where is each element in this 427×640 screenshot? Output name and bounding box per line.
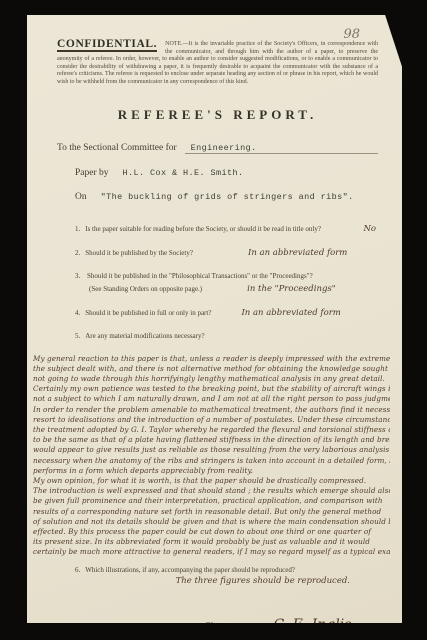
handwritten-line: My general reaction to this paper is tha… bbox=[33, 354, 390, 364]
committee-fill-line: Engineering. bbox=[185, 143, 378, 154]
question-3-number: 3. bbox=[75, 272, 80, 280]
question-2-number: 2. bbox=[75, 249, 80, 257]
question-3-text: Should it be published in the "Philosoph… bbox=[87, 272, 313, 280]
question-4-number: 4. bbox=[75, 309, 80, 317]
paper-details: To the Sectional Committee for Engineeri… bbox=[57, 143, 378, 202]
handwritten-line: The introduction is well expressed and t… bbox=[33, 486, 390, 496]
signature-line: C. E. Inglis bbox=[248, 616, 370, 633]
handwritten-line: certainly be much more attractive to gen… bbox=[33, 547, 390, 557]
referee-report-page: 98 CONFIDENTIAL. NOTE.—It is the invaria… bbox=[27, 15, 402, 623]
question-3-line1: 3. Should it be published in the "Philos… bbox=[75, 272, 378, 280]
question-3-subtext: (See Standing Orders on opposite page.) bbox=[89, 285, 202, 293]
handwritten-line: performs in a form which departs appreci… bbox=[33, 466, 390, 476]
question-6-number: 6. bbox=[75, 566, 80, 574]
question-4-answer: In an abbreviated form bbox=[241, 308, 340, 318]
handwritten-line: the subject dealt with, and there is not… bbox=[33, 364, 390, 374]
handwritten-line: the treatment adopted by G. I. Taylor wh… bbox=[33, 425, 390, 435]
committee-row: To the Sectional Committee for Engineeri… bbox=[57, 143, 378, 154]
page-title: REFEREE'S REPORT. bbox=[57, 107, 378, 123]
question-1-text: Is the paper suitable for reading before… bbox=[85, 225, 321, 233]
handwritten-line: not a subject to which I am naturally dr… bbox=[33, 394, 390, 404]
question-5-text: Are any material modifications necessary… bbox=[85, 332, 204, 340]
question-2: 2. Should it be published by the Society… bbox=[75, 248, 378, 258]
handwritten-line: to be the same as that of a plate having… bbox=[33, 435, 390, 445]
question-6-answer: The three figures should be reproduced. bbox=[57, 576, 350, 586]
question-4-text: Should it be published in full or only i… bbox=[85, 309, 211, 317]
paper-by-label: Paper by bbox=[75, 168, 109, 178]
handwritten-line: not going to wade through this horrifyin… bbox=[33, 374, 390, 384]
handwritten-line: Certainly my own patience was tested to … bbox=[33, 384, 390, 394]
handwritten-line: My own opinion, for what it is worth, is… bbox=[33, 476, 390, 486]
question-3-line2: (See Standing Orders on opposite page.) … bbox=[75, 284, 378, 294]
question-1: 1. Is the paper suitable for reading bef… bbox=[75, 224, 378, 234]
handwritten-line: resort to idealisations and the introduc… bbox=[33, 415, 390, 425]
on-label: On bbox=[75, 192, 87, 202]
paper-title-row: On "The buckling of grids of stringers a… bbox=[57, 192, 378, 202]
handwritten-line: its present size. In its abbreviated for… bbox=[33, 537, 390, 547]
question-5-number: 5. bbox=[75, 332, 80, 340]
paper-title-value: "The buckling of grids of stringers and … bbox=[101, 192, 354, 202]
question-4: 4. Should it be published in full or onl… bbox=[75, 308, 378, 318]
committee-label: To the Sectional Committee for bbox=[57, 143, 177, 153]
handwritten-line: would appear to give results just as rel… bbox=[33, 445, 390, 455]
question-2-text: Should it be published by the Society? bbox=[85, 249, 193, 257]
question-3-answer: in the "Proceedings" bbox=[247, 284, 336, 294]
question-1-answer: No bbox=[363, 224, 376, 234]
handwritten-line: effected. By this process the paper coul… bbox=[33, 527, 390, 537]
page-number: 98 bbox=[343, 27, 360, 42]
committee-value: Engineering. bbox=[191, 143, 257, 153]
handwritten-line: of solution and not its details should b… bbox=[33, 517, 390, 527]
handwritten-line: necessary when the anatomy of the ribs a… bbox=[33, 456, 390, 466]
handwritten-assessment: My general reaction to this paper is tha… bbox=[33, 354, 390, 558]
question-6-text: Which illustrations, if any, accompanyin… bbox=[85, 566, 295, 574]
question-6: 6. Which illustrations, if any, accompan… bbox=[75, 566, 378, 574]
signature-row: Signature C. E. Inglis bbox=[205, 616, 370, 633]
paper-by-row: Paper by H.L. Cox & H.E. Smith. bbox=[57, 168, 378, 178]
confidential-label: CONFIDENTIAL. bbox=[57, 41, 157, 52]
paper-by-value: H.L. Cox & H.E. Smith. bbox=[123, 168, 244, 178]
questions-section: 1. Is the paper suitable for reading bef… bbox=[57, 224, 378, 340]
question-3: 3. Should it be published in the "Philos… bbox=[75, 272, 378, 294]
question-1-number: 1. bbox=[75, 225, 80, 233]
signature-label: Signature bbox=[205, 621, 244, 633]
question-2-answer: In an abbreviated form bbox=[248, 248, 347, 258]
question-5: 5. Are any material modifications necess… bbox=[75, 332, 378, 340]
handwritten-line: be given full prominence and their inter… bbox=[33, 496, 390, 506]
handwritten-line: In order to render the problem amenable … bbox=[33, 405, 390, 415]
signature-value: C. E. Inglis bbox=[274, 617, 352, 633]
confidential-header: CONFIDENTIAL. NOTE.—It is the invariable… bbox=[57, 41, 378, 87]
handwritten-line: results of a corresponding nature set fo… bbox=[33, 507, 390, 517]
